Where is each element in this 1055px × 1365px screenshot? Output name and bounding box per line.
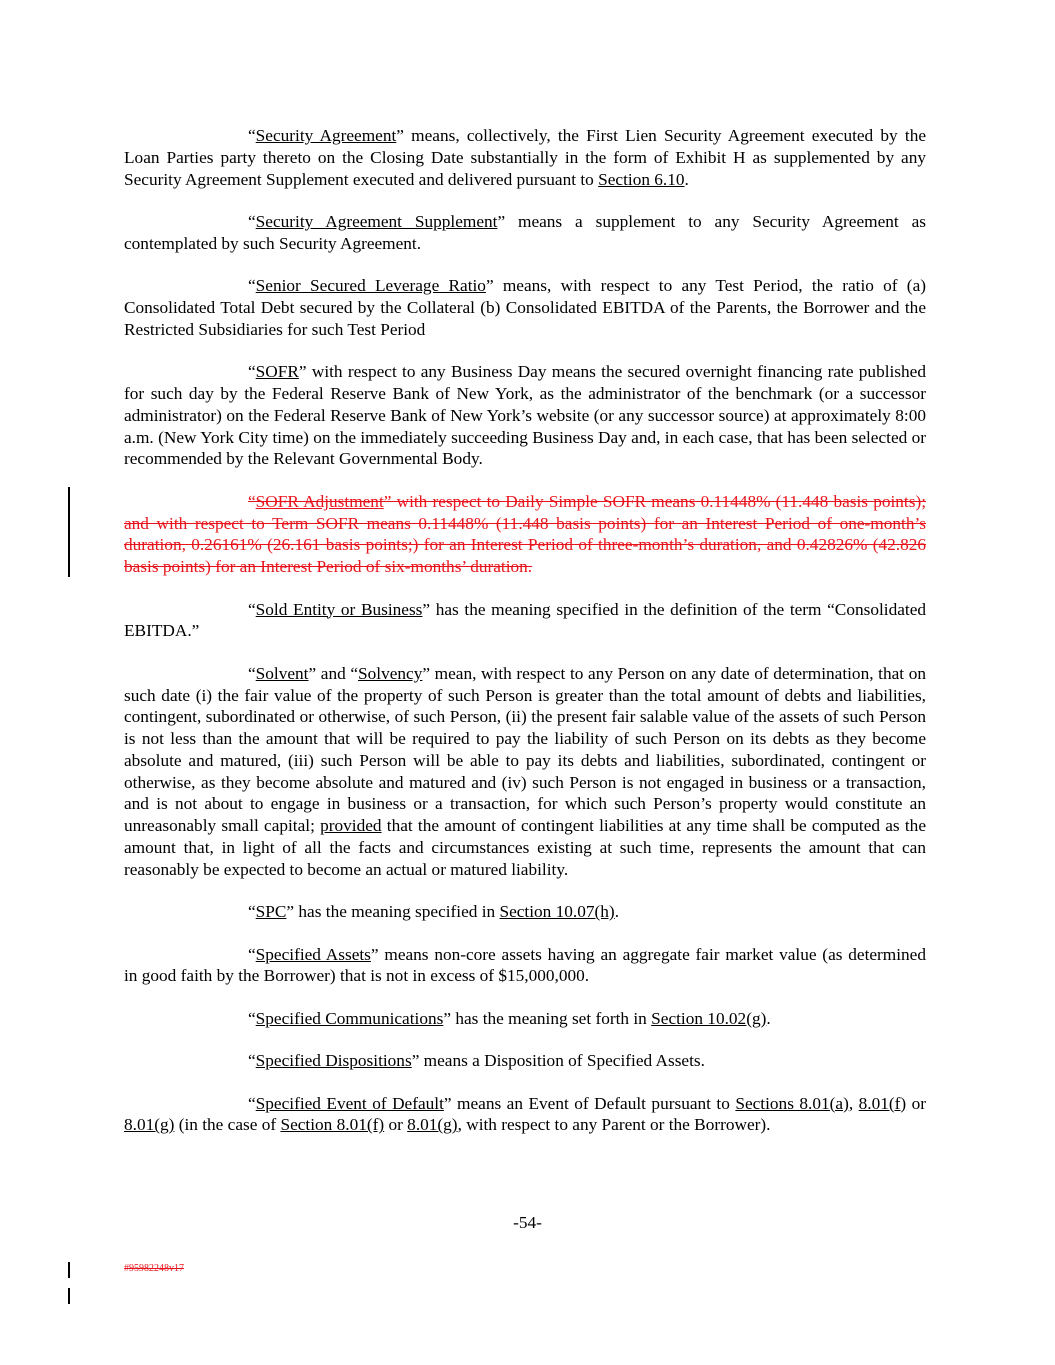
definition-text: ” with respect to Daily Simple SOFR mean… [124, 492, 926, 576]
defined-term-reference: Security Agreement [256, 126, 397, 145]
document-page: “Security Agreement” means, collectively… [124, 125, 926, 1157]
definition-text: ” means non-core assets having an aggreg… [124, 945, 926, 986]
definition-specified-assets: “Specified Assets” means non-core assets… [124, 944, 926, 988]
defined-term-reference: 8.01(g) [124, 1115, 174, 1134]
definition-senior-secured-leverage-ratio: “Senior Secured Leverage Ratio” means, w… [124, 275, 926, 340]
definition-text: “ [248, 600, 256, 619]
definition-security-agreement: “Security Agreement” means, collectively… [124, 125, 926, 190]
definition-text: ” means a Disposition of Specified Asset… [412, 1051, 705, 1070]
defined-term-reference: SPC [256, 902, 287, 921]
defined-term-reference: Solvency [358, 664, 422, 683]
defined-term-reference: Security Agreement Supplement [256, 212, 498, 231]
defined-term-reference: Solvent [256, 664, 309, 683]
definition-text: . [766, 1009, 770, 1028]
defined-term-reference: Specified Communications [256, 1009, 444, 1028]
definition-text: “ [248, 212, 256, 231]
definition-text: ” has the meaning specified in [286, 902, 499, 921]
definition-text: or [906, 1094, 926, 1113]
definition-spc: “SPC” has the meaning specified in Secti… [124, 901, 926, 923]
change-bar-sofr-adjustment [68, 487, 70, 577]
definition-text: ” means, collectively, the First Lien Se… [124, 126, 926, 189]
definition-text: “ [248, 362, 256, 381]
definition-specified-dispositions: “Specified Dispositions” means a Disposi… [124, 1050, 926, 1072]
definition-sold-entity-or-business: “Sold Entity or Business” has the meanin… [124, 599, 926, 643]
definition-specified-event-of-default: “Specified Event of Default” means an Ev… [124, 1093, 926, 1137]
defined-term-reference: Sections 8.01(a) [735, 1094, 848, 1113]
definition-solvent: “Solvent” and “Solvency” mean, with resp… [124, 663, 926, 881]
definition-text: ” means an Event of Default pursuant to [444, 1094, 735, 1113]
defined-term-reference: Specified Dispositions [256, 1051, 412, 1070]
defined-term-reference: Senior Secured Leverage Ratio [256, 276, 486, 295]
change-bar-footer-2 [68, 1288, 70, 1304]
change-bar-footer-1 [68, 1262, 70, 1278]
defined-term-reference: SOFR [256, 362, 299, 381]
definition-text: “ [248, 1051, 256, 1070]
definition-text: (in the case of [174, 1115, 280, 1134]
defined-term-reference: SOFR Adjustment [256, 492, 384, 511]
definition-security-agreement-supplement: “Security Agreement Supplement” means a … [124, 211, 926, 255]
definition-text: ” means a supplement to any Security Agr… [124, 212, 926, 253]
definition-text: “ [248, 902, 256, 921]
definition-text: ” and “ [308, 664, 358, 683]
definition-text: “ [248, 664, 256, 683]
defined-term-reference: Section 10.07(h) [499, 902, 614, 921]
defined-term-reference: 8.01(f) [859, 1094, 907, 1113]
definition-text: , [849, 1094, 859, 1113]
definition-text: “ [248, 126, 256, 145]
definition-sofr-adjustment: “SOFR Adjustment” with respect to Daily … [124, 491, 926, 578]
defined-term-reference: provided [320, 816, 381, 835]
defined-term-reference: Specified Assets [256, 945, 371, 964]
definition-text: , with respect to any Parent or the Borr… [458, 1115, 771, 1134]
definition-text: or [384, 1115, 407, 1134]
definition-text: “ [248, 1094, 256, 1113]
page-number: -54- [0, 1213, 1055, 1233]
definition-text: “ [248, 276, 256, 295]
definition-text: . [615, 902, 619, 921]
definition-text: ” with respect to any Business Day means… [124, 362, 926, 468]
definition-text: ” mean, with respect to any Person on an… [124, 664, 926, 836]
definition-sofr: “SOFR” with respect to any Business Day … [124, 361, 926, 470]
defined-term-reference: 8.01(g) [407, 1115, 457, 1134]
footer-document-id: #95982248v17 [124, 1263, 184, 1274]
definition-text: “ [248, 945, 256, 964]
definition-text: ” means, with respect to any Test Period… [124, 276, 926, 339]
defined-term-reference: Section 8.01(f) [280, 1115, 384, 1134]
defined-term-reference: Section 10.02(g) [651, 1009, 766, 1028]
definition-text: “ [248, 492, 256, 511]
defined-term-reference: Sold Entity or Business [256, 600, 423, 619]
defined-term-reference: Section 6.10 [598, 170, 684, 189]
definition-text: . [685, 170, 689, 189]
definition-specified-communications: “Specified Communications” has the meani… [124, 1008, 926, 1030]
definition-text: ” has the meaning set forth in [443, 1009, 651, 1028]
definition-text: ” has the meaning specified in the defin… [124, 600, 926, 641]
defined-term-reference: Specified Event of Default [256, 1094, 444, 1113]
definition-text: “ [248, 1009, 256, 1028]
